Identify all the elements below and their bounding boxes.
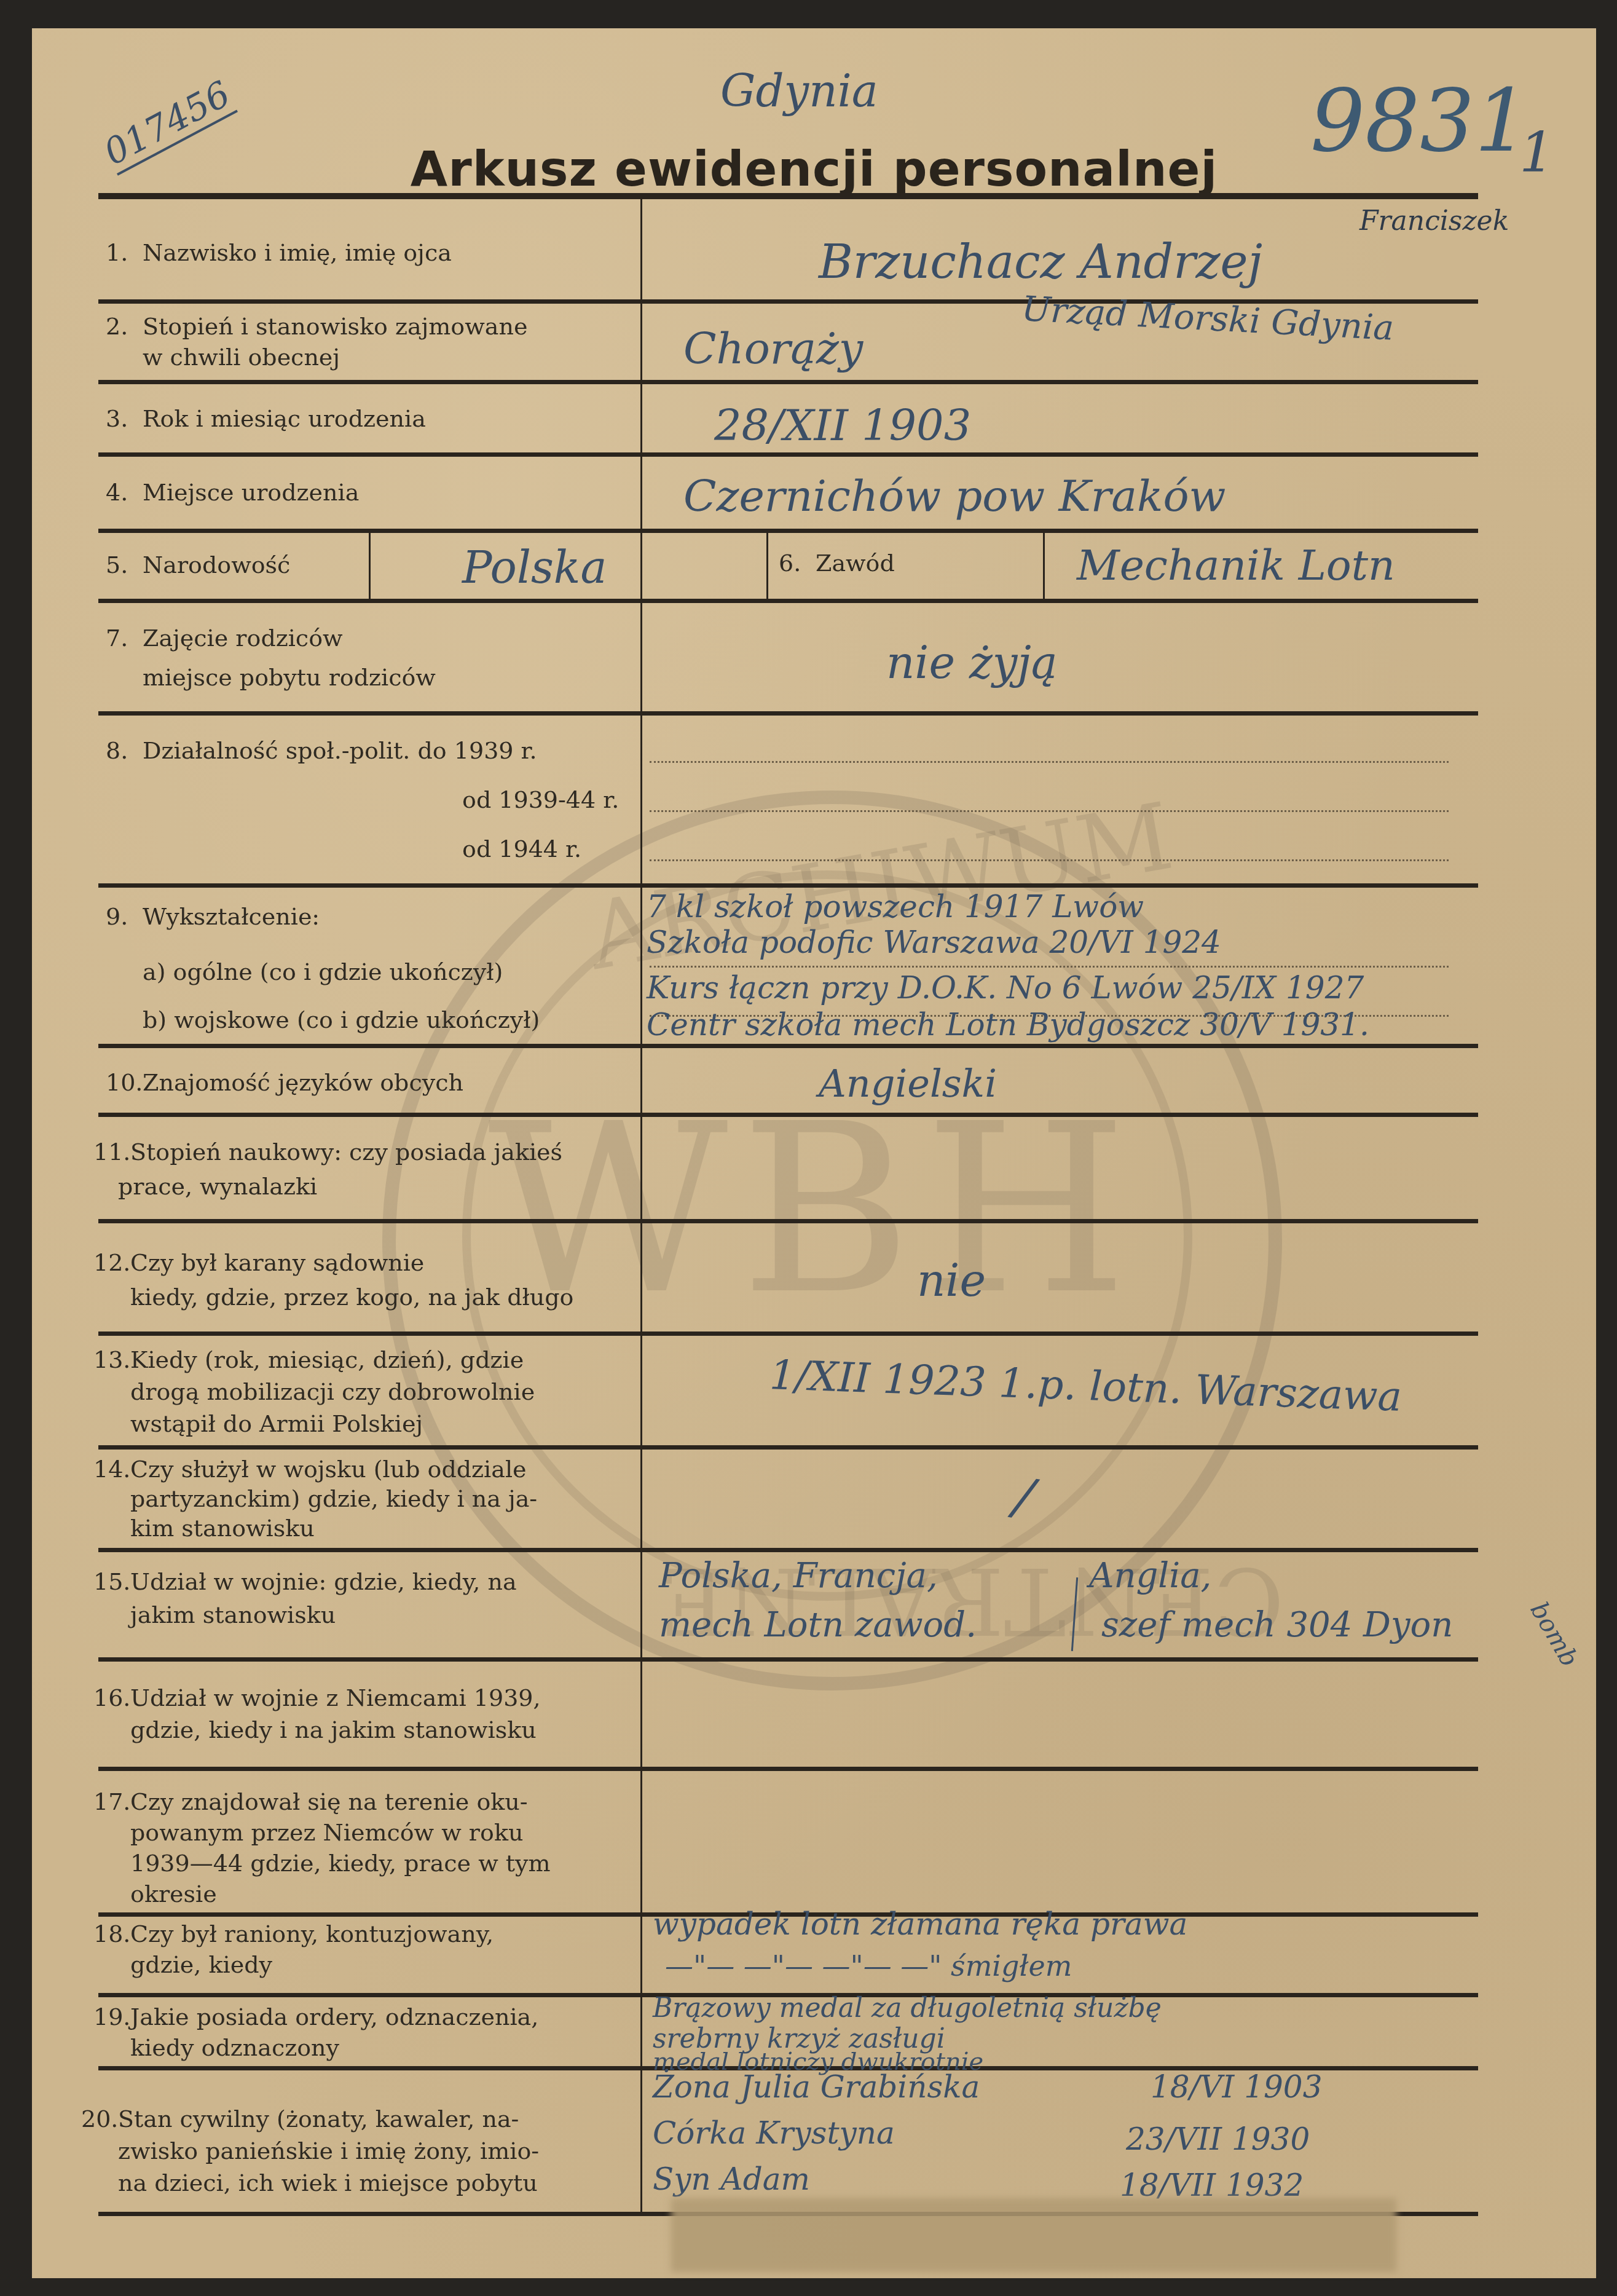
field-16-label: 16.Udział w wojnie z Niemcami 1939,gdzie…: [93, 1682, 541, 1746]
row-rule: [98, 1767, 1478, 1771]
dotted-line: [650, 859, 1449, 861]
family-member-daughter-date: 23/VII 1930: [1126, 2121, 1310, 2157]
field-9-sub-general: a) ogólne (co i gdzie ukończył): [143, 957, 503, 987]
field-3-value: 28/XII 1903: [714, 400, 971, 451]
row-rule: [98, 1113, 1478, 1117]
field-8-sub-1944: od 1944 r.: [462, 834, 581, 864]
row-rule: [98, 1548, 1478, 1552]
field-1-label: 1.Nazwisko i imię, imię ojca: [106, 237, 452, 268]
field-7-label: 7.Zajęcie rodzicówmiejsce pobytu rodzicó…: [106, 618, 436, 697]
column-divider: [640, 199, 642, 2212]
field-13-label: 13.Kiedy (rok, miesiąc, dzień), gdziedro…: [93, 1344, 535, 1440]
row-rule: [98, 452, 1478, 457]
field-15-value-extra: bomb: [1524, 1597, 1583, 1671]
column-divider-nationality: [369, 531, 371, 599]
family-member-daughter-name: Córka Krystyna: [653, 2115, 895, 2151]
field-1-value: Brzuchacz Andrzej: [819, 234, 1262, 289]
row-rule: [98, 1331, 1478, 1336]
dotted-line: [650, 810, 1449, 812]
field-19-value-line-1: Brązowy medal za długoletnią służbę: [653, 1992, 1162, 2024]
field-15-value-right-2: szef mech 304 Dyon: [1101, 1605, 1453, 1645]
field-15-label: 15.Udział w wojnie: gdzie, kiedy, najaki…: [93, 1565, 517, 1631]
field-20-label: 20.Stan cywilny (żonaty, kawaler, na-zwi…: [81, 2103, 539, 2199]
field-4-value: Czernichów pow Kraków: [683, 471, 1226, 521]
document-page: WBH ARCHIWUM CENTRALNE 017456 Gdynia 983…: [32, 28, 1596, 2278]
row-rule: [98, 1445, 1478, 1450]
field-2-label: 2.Stopień i stanowisko zajmowanew chwili…: [106, 311, 527, 373]
field-9-value-line-4: Centr szkoła mech Lotn Bydgoszcz 30/V 19…: [647, 1007, 1369, 1043]
field-8-label: 8.Działalność społ.-polit. do 1939 r.: [106, 735, 537, 766]
row-rule: [98, 529, 1478, 533]
field-9-value-line-3: Kurs łączn przy D.O.K. No 6 Lwów 25/IX 1…: [647, 970, 1364, 1006]
column-divider-profession-label: [766, 531, 768, 599]
field-18-label: 18.Czy był raniony, kontuzjowany,gdzie, …: [93, 1919, 494, 1980]
field-10-label: 10.Znajomość języków obcych: [106, 1067, 463, 1098]
field-15-value-right-1: Anglia,: [1089, 1556, 1211, 1596]
field-15-value-left-1: Polska, Francja,: [659, 1556, 938, 1596]
row-rule: [98, 380, 1478, 384]
field-9-sub-military: b) wojskowe (co i gdzie ukończył): [143, 1004, 540, 1035]
field-2-value-rank: Chorąży: [683, 323, 863, 374]
field-18-value-line-2: —"— —"— —"— —" śmigłem: [665, 1949, 1072, 1982]
top-rule: [98, 193, 1478, 199]
field-10-value: Angielski: [819, 1061, 997, 1106]
field-9-value-line-2: Szkoła podofic Warszawa 20/VI 1924: [647, 925, 1221, 960]
dotted-line: [650, 761, 1449, 763]
field-9-value-line-1: 7 kl szkoł powszech 1917 Lwów: [647, 889, 1144, 925]
family-member-wife-name: Żona Julia Grabińska: [653, 2069, 980, 2105]
field-12-label: 12.Czy był karany sądowniekiedy, gdzie, …: [93, 1245, 573, 1314]
field-9-label: 9.Wykształcenie:: [106, 901, 320, 932]
field-5-value: Polska: [462, 542, 607, 593]
field-5-label: 5.Narodowość: [106, 550, 290, 580]
redacted-region: [671, 2198, 1396, 2272]
column-divider-profession-value: [1043, 531, 1045, 599]
row-rule: [98, 1657, 1478, 1662]
field-6-value: Mechanik Lotn: [1077, 542, 1395, 590]
field-11-label: 11.Stopień naukowy: czy posiada jakieśpr…: [93, 1135, 562, 1204]
family-member-wife-date: 18/VI 1903: [1151, 2069, 1322, 2105]
field-14-label: 14.Czy służył w wojsku (lub oddzialepart…: [93, 1454, 537, 1543]
field-3-label: 3.Rok i miesiąc urodzenia: [106, 403, 426, 434]
field-6-label: 6.Zawód: [779, 548, 895, 578]
row-rule: [98, 599, 1478, 603]
field-12-value: nie: [917, 1255, 986, 1306]
field-2-value-office: Urząd Morski Gdynia: [1021, 289, 1395, 349]
field-8-sub-1939-44: od 1939-44 r.: [462, 784, 619, 815]
place-annotation: Gdynia: [720, 65, 878, 117]
row-rule: [98, 883, 1478, 888]
row-rule: [98, 1044, 1478, 1048]
field-7-value: nie żyją: [886, 637, 1058, 688]
row-rule: [98, 711, 1478, 716]
row-rule: [98, 1219, 1478, 1223]
page-title: Arkusz ewidencji personalnej: [32, 142, 1596, 197]
field-18-value-line-1: wypadek lotn złamana ręka prawa: [653, 1906, 1187, 1942]
field-15-value-left-2: mech Lotn zawod.: [659, 1605, 977, 1645]
family-member-son-name: Syn Adam: [653, 2161, 810, 2197]
field-19-label: 19.Jakie posiada ordery, odznaczenia,kie…: [93, 2002, 538, 2063]
dotted-line: [650, 966, 1449, 968]
field-4-label: 4.Miejsce urodzenia: [106, 477, 359, 508]
field-1-father-name: Franciszek: [1359, 205, 1509, 237]
field-17-label: 17.Czy znajdował się na terenie oku-powa…: [93, 1786, 551, 1909]
